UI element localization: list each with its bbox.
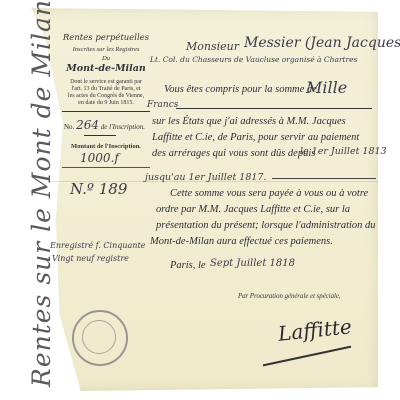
divider (62, 111, 150, 112)
para2-line-1: Cette somme vous sera payée à vous ou à … (170, 188, 368, 199)
official-stamp-seal (72, 310, 128, 366)
body-line-4-printed: des arrérages qui vous sont dûs depuis (152, 148, 315, 159)
institution-name: Mont-de-Milan (60, 65, 152, 73)
date-underline (272, 178, 376, 179)
proxy-line: Par Procuration générale et spéciale, (238, 293, 341, 300)
divider-short (84, 135, 116, 136)
inscription-number-row: No. 264 de l'Inscription. (64, 118, 145, 132)
amount-words-continued: Francs (147, 100, 178, 110)
registry-number: N.º 189 (70, 180, 127, 198)
inscription-number: 264 (76, 118, 99, 132)
rentes-du: Du (60, 55, 152, 63)
amount-underline (176, 108, 372, 109)
place-date-handwritten: Sept Juillet 1818 (210, 258, 295, 269)
body-line-3: Laffitte et C.ie, de Paris, pour servir … (152, 132, 359, 143)
para2-line-2: ordre par M.M. Jacques Laffitte et C.ie,… (156, 204, 350, 215)
amount-in-words: Mille (306, 78, 347, 97)
vertical-margin-text: Rentes sur le Mont de Milan (27, 27, 57, 387)
body-line-2: sur les États que j'ai adressés à M.M. J… (152, 116, 346, 127)
inscription-suffix: de l'Inscription. (101, 123, 145, 131)
divider (62, 167, 150, 168)
rentes-subheading: Inscrites sur les Registres (60, 46, 152, 54)
sum-line-printed: Vous êtes compris pour la somme de (164, 84, 317, 95)
para2-line-3: présentation du présent; lorsque l'admin… (156, 220, 376, 231)
place-date-printed: Paris, le (170, 260, 206, 271)
registry-note-line-1: Enregistré f. Cinquante (50, 241, 145, 250)
date-from: le 1er Juillet 1813 (300, 146, 387, 157)
amount-label: Montant de l'Inscription. (60, 143, 152, 151)
para2-line-4: Mont-de-Milan aura effectué ces paiemens… (150, 236, 333, 247)
date-until: jusqu'au 1er Juillet 1817. (145, 172, 266, 183)
registry-note-line-2: Vingt neuf registre (52, 254, 129, 263)
rentes-heading: Rentes perpétuelles (60, 34, 152, 42)
inscription-prefix: No. (64, 123, 74, 131)
guarantee-line-4: en date du 9 Juin 1815. (60, 99, 152, 107)
addressee-salutation: Monsieur (186, 40, 239, 53)
addressee-title: Lt. Col. du Chasseurs de Vaucluse organi… (150, 55, 357, 64)
addressee-name: Messier (Jean Jacques) (244, 35, 400, 51)
amount-value: 1000.f (80, 151, 119, 165)
